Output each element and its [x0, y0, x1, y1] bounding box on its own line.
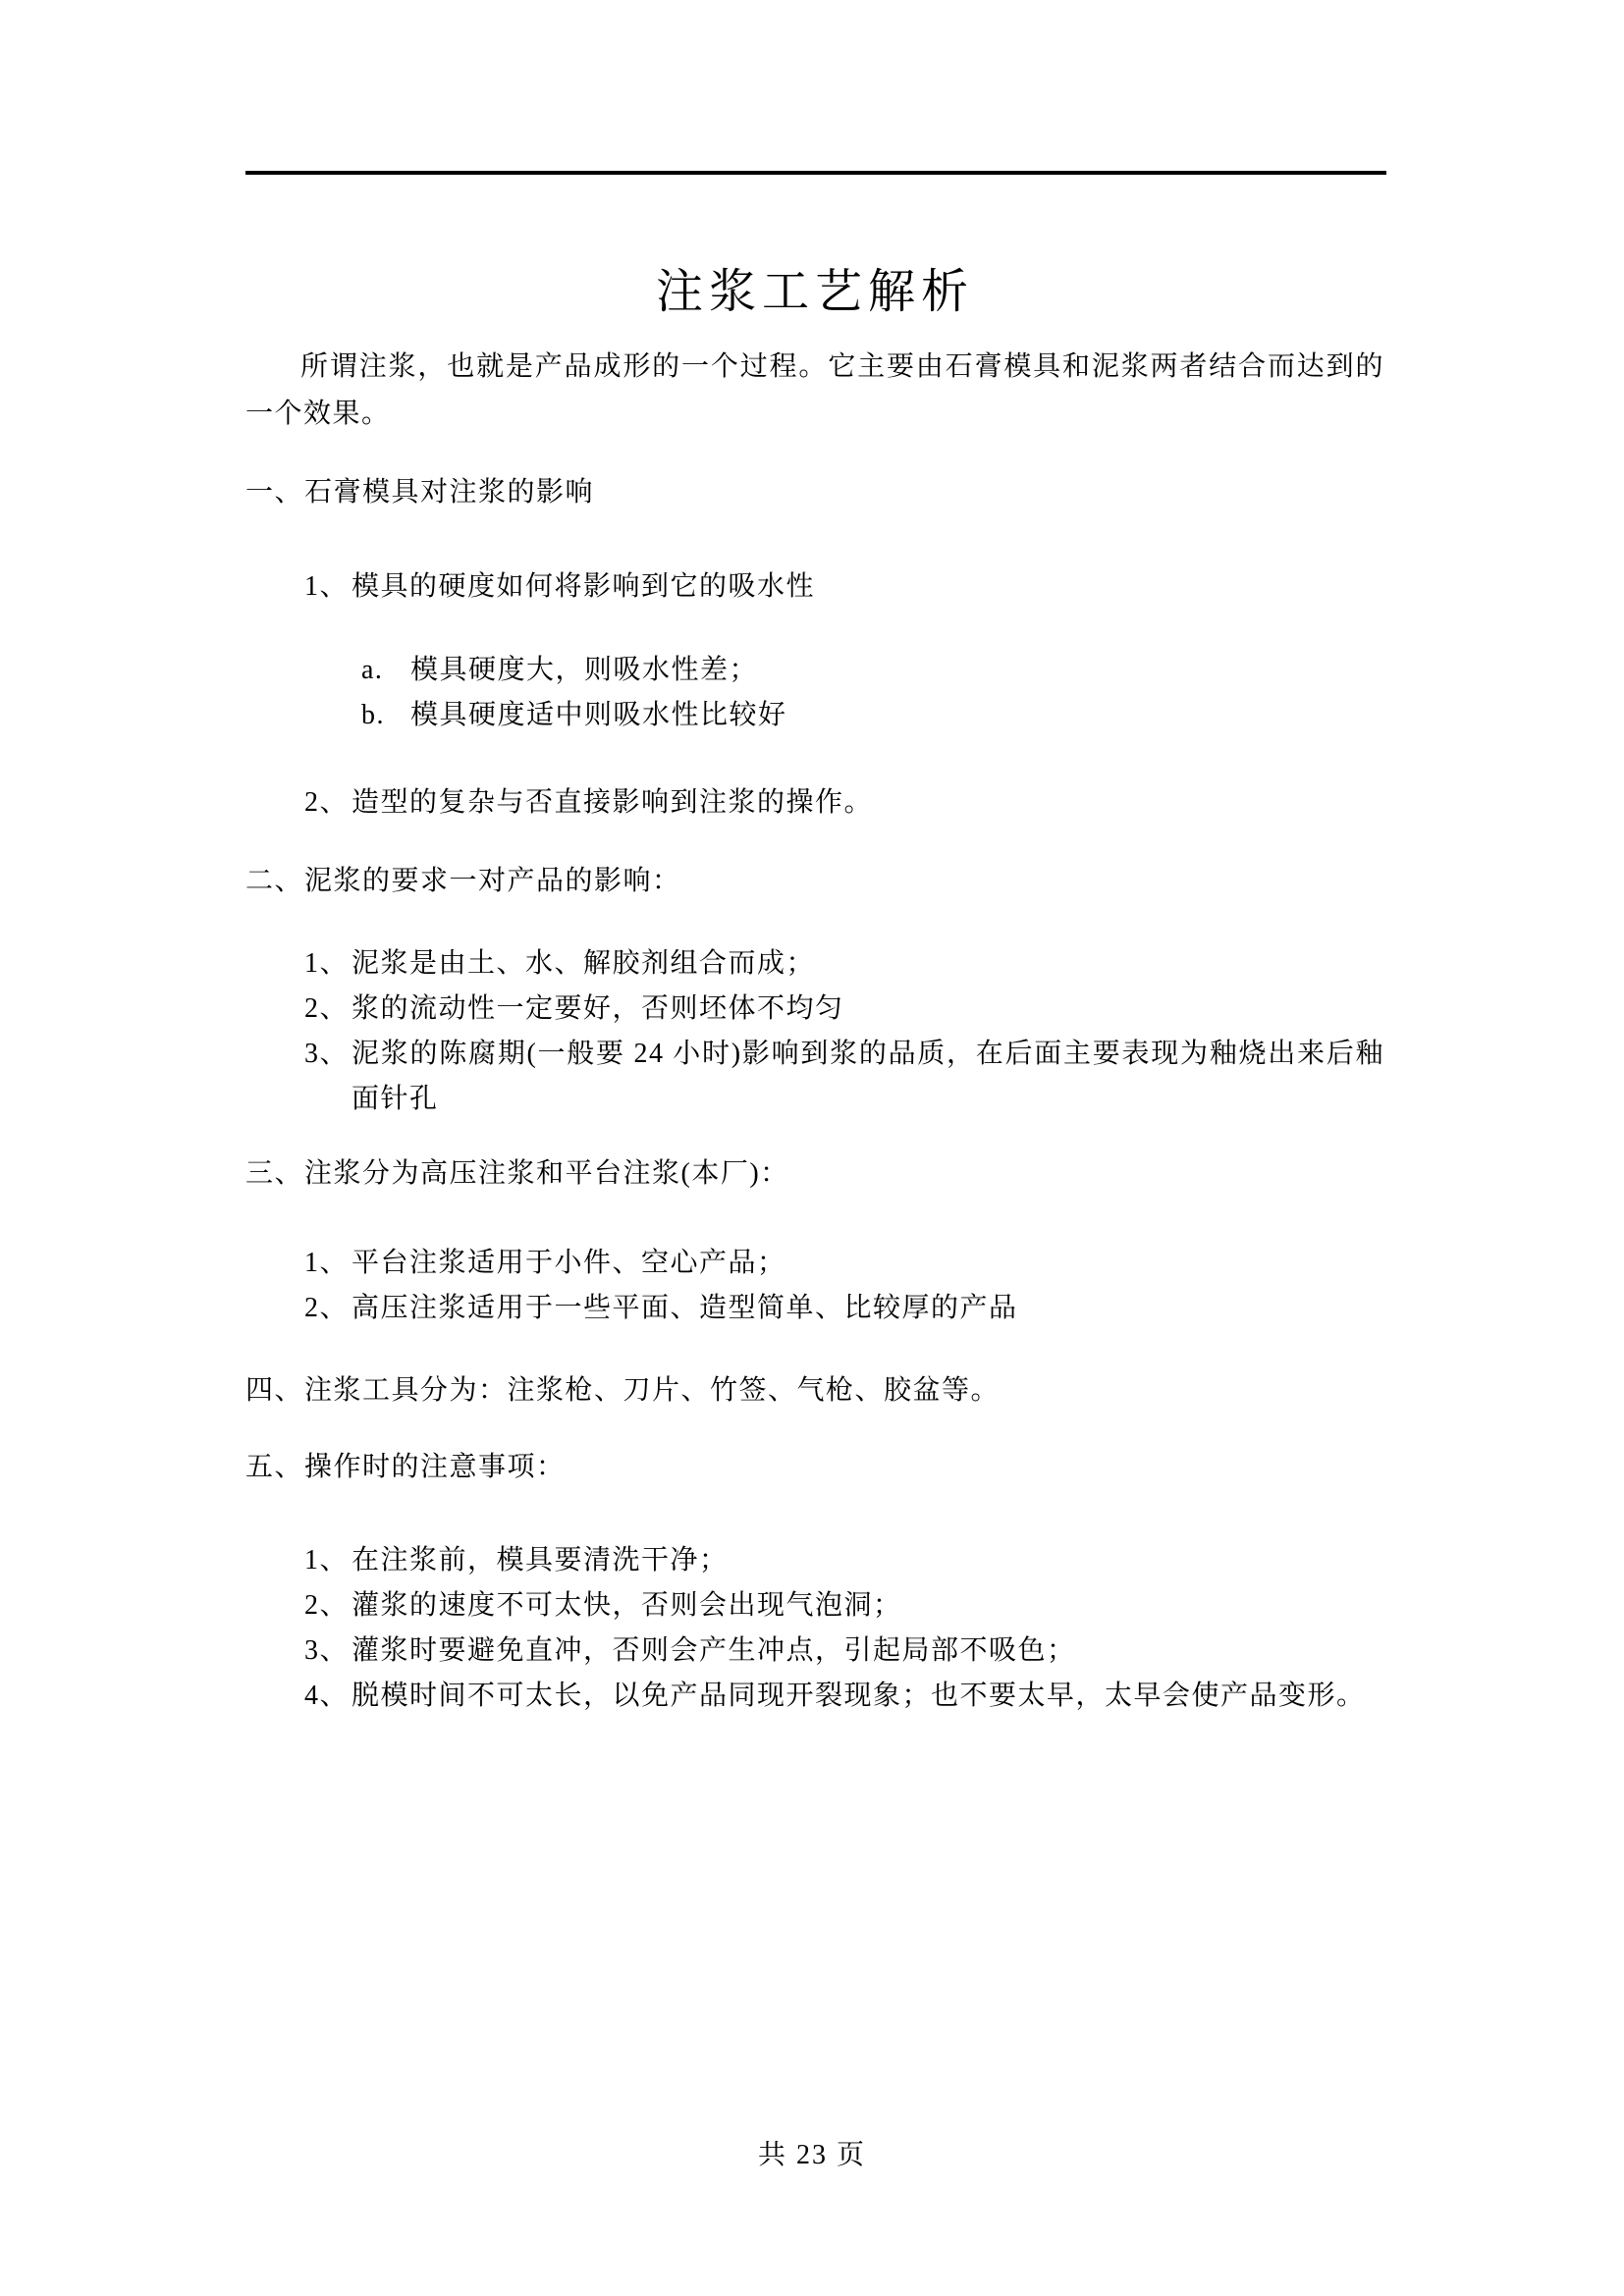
item-marker: 3、: [304, 1032, 352, 1122]
item-text: 灌浆时要避免直冲，否则会产生冲点，引起局部不吸色；: [352, 1629, 1384, 1674]
item-marker: 1、: [304, 564, 352, 610]
document-page: 注浆工艺解析 所谓注浆，也就是产品成形的一个过程。它主要由石膏模具和泥浆两者结合…: [0, 0, 1624, 2296]
section-2-item-1: 1、 泥浆是由土、水、解胶剂组合而成；: [304, 941, 1384, 987]
item-marker: 1、: [304, 941, 352, 987]
item-text: 泥浆的陈腐期(一般要 24 小时)影响到浆的品质，在后面主要表现为釉烧出来后釉面…: [352, 1032, 1384, 1122]
item-text: 高压注浆适用于一些平面、造型简单、比较厚的产品: [352, 1286, 1384, 1331]
item-marker: 1、: [304, 1241, 352, 1286]
item-marker: 1、: [304, 1538, 352, 1583]
section-heading-text: 泥浆的要求一对产品的影响：: [304, 859, 1384, 904]
section-3-heading: 三、 注浆分为高压注浆和平台注浆(本厂)：: [245, 1151, 1384, 1197]
item-text: 脱模时间不可太长，以免产品同现开裂现象；也不要太早，太早会使产品变形。: [352, 1674, 1384, 1719]
section-5-item-2: 2、 灌浆的速度不可太快，否则会出现气泡洞；: [304, 1583, 1384, 1629]
intro-paragraph: 所谓注浆，也就是产品成形的一个过程。它主要由石膏模具和泥浆两者结合而达到的一个效…: [245, 344, 1384, 438]
section-5-item-3: 3、 灌浆时要避免直冲，否则会产生冲点，引起局部不吸色；: [304, 1629, 1384, 1674]
subitem-text: 模具硬度适中则吸水性比较好: [410, 693, 1384, 738]
section-heading-text: 注浆分为高压注浆和平台注浆(本厂)：: [304, 1151, 1384, 1197]
section-marker: 三、: [245, 1151, 304, 1197]
header-rule: [245, 171, 1386, 175]
subitem-marker: b.: [361, 693, 410, 738]
section-3-item-2: 2、 高压注浆适用于一些平面、造型简单、比较厚的产品: [304, 1286, 1384, 1331]
item-marker: 4、: [304, 1674, 352, 1719]
section-marker: 一、: [245, 470, 304, 515]
item-text: 平台注浆适用于小件、空心产品；: [352, 1241, 1384, 1286]
section-2-heading: 二、 泥浆的要求一对产品的影响：: [245, 859, 1384, 904]
subitem-text: 模具硬度大，则吸水性差；: [410, 648, 1384, 693]
item-marker: 3、: [304, 1629, 352, 1674]
item-marker: 2、: [304, 987, 352, 1032]
item-text: 灌浆的速度不可太快，否则会出现气泡洞；: [352, 1583, 1384, 1629]
section-5-item-4: 4、 脱模时间不可太长，以免产品同现开裂现象；也不要太早，太早会使产品变形。: [304, 1674, 1384, 1719]
section-5-heading: 五、 操作时的注意事项：: [245, 1445, 1384, 1490]
section-marker: 五、: [245, 1445, 304, 1490]
section-marker: 四、: [245, 1368, 304, 1414]
section-1-item-2: 2、 造型的复杂与否直接影响到注浆的操作。: [304, 780, 1384, 826]
section-1-item-1-sub-b: b. 模具硬度适中则吸水性比较好: [361, 693, 1384, 738]
section-marker: 二、: [245, 859, 304, 904]
item-marker: 2、: [304, 1286, 352, 1331]
section-heading-text: 注浆工具分为：注浆枪、刀片、竹签、气枪、胶盆等。: [304, 1368, 1384, 1414]
item-text: 模具的硬度如何将影响到它的吸水性: [352, 564, 1384, 610]
section-3-item-1: 1、 平台注浆适用于小件、空心产品；: [304, 1241, 1384, 1286]
section-heading-text: 石膏模具对注浆的影响: [304, 470, 1384, 515]
section-4-heading: 四、 注浆工具分为：注浆枪、刀片、竹签、气枪、胶盆等。: [245, 1368, 1384, 1414]
item-text: 浆的流动性一定要好，否则坯体不均匀: [352, 987, 1384, 1032]
item-marker: 2、: [304, 1583, 352, 1629]
section-1-item-1: 1、 模具的硬度如何将影响到它的吸水性: [304, 564, 1384, 610]
section-2-item-3: 3、 泥浆的陈腐期(一般要 24 小时)影响到浆的品质，在后面主要表现为釉烧出来…: [304, 1032, 1384, 1122]
item-text: 泥浆是由土、水、解胶剂组合而成；: [352, 941, 1384, 987]
item-text: 造型的复杂与否直接影响到注浆的操作。: [352, 780, 1384, 826]
section-2-item-2: 2、 浆的流动性一定要好，否则坯体不均匀: [304, 987, 1384, 1032]
page-footer: 共 23 页: [0, 2136, 1624, 2175]
item-text: 在注浆前，模具要清洗干净；: [352, 1538, 1384, 1583]
item-marker: 2、: [304, 780, 352, 826]
section-heading-text: 操作时的注意事项：: [304, 1445, 1384, 1490]
subitem-marker: a.: [361, 648, 410, 693]
section-5-item-1: 1、 在注浆前，模具要清洗干净；: [304, 1538, 1384, 1583]
page-title: 注浆工艺解析: [245, 263, 1384, 322]
section-1-item-1-sub-a: a. 模具硬度大，则吸水性差；: [361, 648, 1384, 693]
section-1-heading: 一、 石膏模具对注浆的影响: [245, 470, 1384, 515]
